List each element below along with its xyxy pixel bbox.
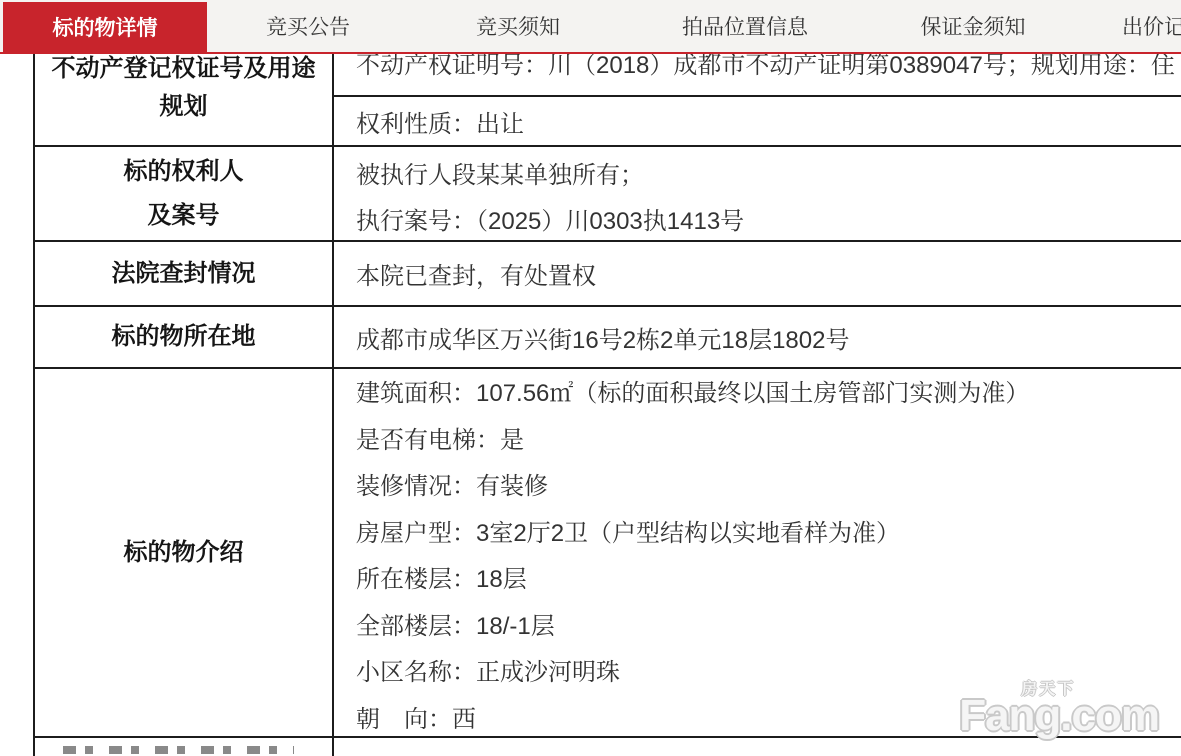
header-line: 标的权利人 — [124, 150, 244, 194]
tab-subject-details[interactable]: 标的物详情 — [3, 2, 207, 52]
table-row-seizure: 法院查封情况 本院已查封，有处置权 — [35, 242, 1181, 307]
cell-case-number: 执行案号：（2025）川0303执1413号 — [356, 199, 1181, 241]
cell-floor: 所在楼层：18层 — [356, 557, 1181, 604]
tab-bar: 标的物详情 竞买公告 竞买须知 拍品位置信息 保证金须知 出价记录 — [0, 0, 1181, 54]
table-row-right-holder: 标的权利人 及案号 被执行人段某某单独所有； 执行案号：（2025）川0303执… — [35, 147, 1181, 242]
cell-orientation: 朝 向：西 — [356, 697, 1181, 737]
tab-bid-record[interactable]: 出价记录 — [1122, 0, 1181, 52]
cell-seizure-status: 本院已查封，有处置权 — [356, 256, 1181, 291]
cell-decoration: 装修情况：有装修 — [356, 464, 1181, 511]
table-row-partial — [35, 738, 1181, 756]
cell-community-name: 小区名称：正成沙河明珠 — [356, 650, 1181, 697]
tab-auction-announcement[interactable]: 竞买公告 — [266, 0, 350, 52]
cell-total-floors: 全部楼层：18/-1层 — [356, 604, 1181, 651]
row-header-right-holder: 标的权利人 及案号 — [35, 147, 334, 240]
tab-location-info[interactable]: 拍品位置信息 — [682, 0, 808, 52]
cell-layout: 房屋户型：3室2厅2卫（户型结构以实地看样为准） — [356, 511, 1181, 558]
cell-elevator: 是否有电梯：是 — [356, 418, 1181, 465]
cell-right-nature: 权利性质：出让 — [334, 97, 1181, 145]
row-header-location: 标的物所在地 — [35, 307, 334, 367]
row-cells-introduction: 建筑面积：107.56㎡（标的面积最终以国土房管部门实测为准） 是否有电梯：是 … — [334, 369, 1181, 736]
cell-owner: 被执行人段某某单独所有； — [356, 153, 1181, 199]
tab-bidding-notice[interactable]: 竞买须知 — [476, 0, 560, 52]
row-cells-right-holder: 被执行人段某某单独所有； 执行案号：（2025）川0303执1413号 — [334, 147, 1181, 240]
row-cells-location: 成都市成华区万兴街16号2栋2单元18层1802号 — [334, 307, 1181, 367]
table-row-location: 标的物所在地 成都市成华区万兴街16号2栋2单元18层1802号 — [35, 307, 1181, 369]
cell-address: 成都市成华区万兴街16号2栋2单元18层1802号 — [356, 320, 1181, 355]
row-cells-seizure: 本院已查封，有处置权 — [334, 242, 1181, 305]
header-line: 及案号 — [148, 194, 220, 238]
table-row-introduction: 标的物介绍 建筑面积：107.56㎡（标的面积最终以国土房管部门实测为准） 是否… — [35, 369, 1181, 738]
row-header-partial — [35, 738, 334, 756]
row-header-introduction: 标的物介绍 — [35, 369, 334, 736]
row-header-seizure: 法院查封情况 — [35, 242, 334, 305]
tab-deposit-notice[interactable]: 保证金须知 — [921, 0, 1026, 52]
property-detail-table: 不动产登记权证号及用途规划 不动产权证明号：川（2018）成都市不动产证明第03… — [33, 30, 1181, 756]
cell-building-area: 建筑面积：107.56㎡（标的面积最终以国土房管部门实测为准） — [356, 371, 1181, 418]
row-cells-partial — [334, 738, 1181, 756]
